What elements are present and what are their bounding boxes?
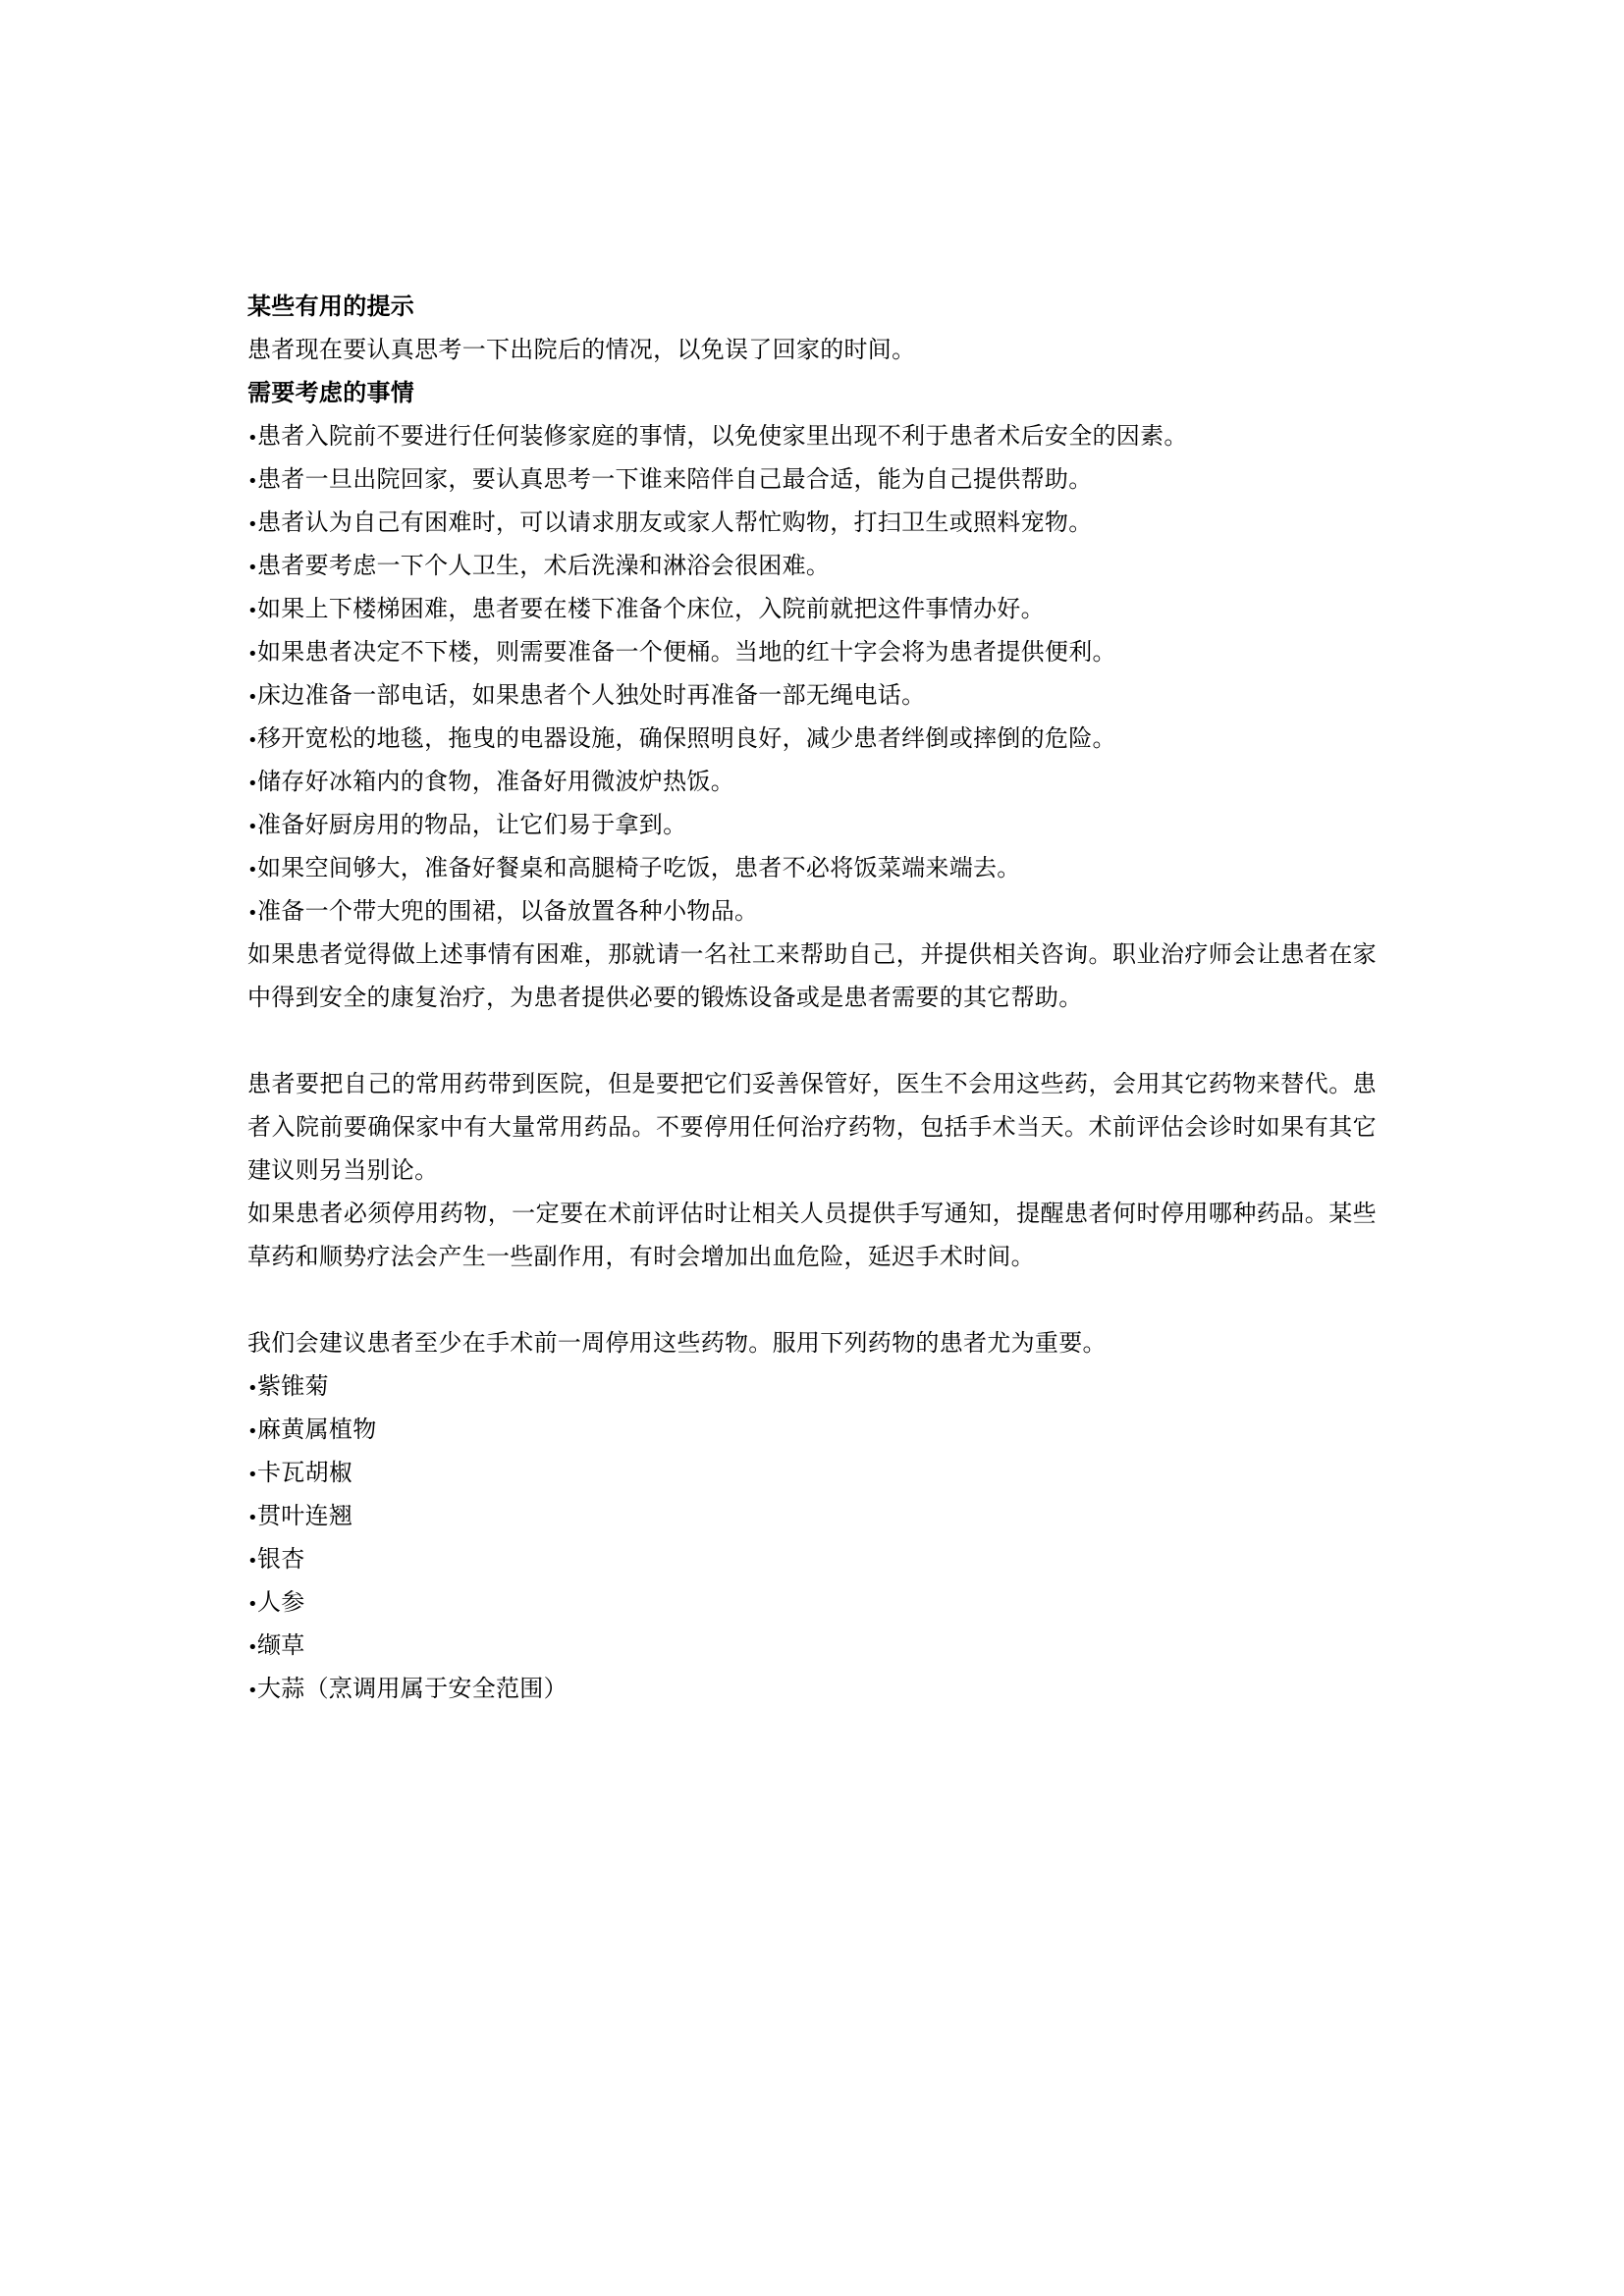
bullet-icon: • xyxy=(247,849,257,892)
list-item: •银杏 xyxy=(247,1537,1377,1580)
bullet-icon: • xyxy=(247,806,257,849)
spacer xyxy=(247,1019,1377,1062)
medication-paragraph-1: 患者要把自己的常用药带到医院，但是要把它们妥善保管好，医生不会用这些药，会用其它… xyxy=(247,1062,1377,1192)
list-item-text: 银杏 xyxy=(257,1537,305,1580)
list-item-text: 移开宽松的地毯，拖曳的电器设施，确保照明良好，减少患者绊倒或摔倒的危险。 xyxy=(257,717,1116,760)
list-item-text: 患者入院前不要进行任何装修家庭的事情，以免使家里出现不利于患者术后安全的因素。 xyxy=(257,414,1188,457)
list-item: •移开宽松的地毯，拖曳的电器设施，确保照明良好，减少患者绊倒或摔倒的危险。 xyxy=(247,717,1377,760)
list-item: •患者一旦出院回家，要认真思考一下谁来陪伴自己最合适，能为自己提供帮助。 xyxy=(247,457,1377,501)
considerations-title: 需要考虑的事情 xyxy=(247,371,1377,414)
herbal-intro: 我们会建议患者至少在手术前一周停用这些药物。服用下列药物的患者尤为重要。 xyxy=(247,1321,1377,1364)
bullet-icon: • xyxy=(247,1583,257,1627)
section-title: 某些有用的提示 xyxy=(247,285,1377,328)
list-item: •贯叶连翘 xyxy=(247,1494,1377,1537)
bullet-icon: • xyxy=(247,633,257,676)
list-item-text: 人参 xyxy=(257,1580,305,1624)
bullet-icon: • xyxy=(247,1411,257,1454)
list-item-text: 患者认为自己有困难时，可以请求朋友或家人帮忙购物，打扫卫生或照料宠物。 xyxy=(257,501,1093,544)
list-item: •大蒜（烹调用属于安全范围） xyxy=(247,1667,1377,1710)
list-item: •如果上下楼梯困难，患者要在楼下准备个床位，入院前就把这件事情办好。 xyxy=(247,587,1377,630)
list-item: •床边准备一部电话，如果患者个人独处时再准备一部无绳电话。 xyxy=(247,673,1377,717)
list-item: •患者要考虑一下个人卫生，术后洗澡和淋浴会很困难。 xyxy=(247,544,1377,587)
list-item-text: 准备一个带大兜的围裙，以备放置各种小物品。 xyxy=(257,889,758,933)
list-item: •麻黄属植物 xyxy=(247,1408,1377,1451)
list-item-text: 患者要考虑一下个人卫生，术后洗澡和淋浴会很困难。 xyxy=(257,544,830,587)
list-item-text: 紫锥菊 xyxy=(257,1364,329,1408)
bullet-icon: • xyxy=(247,1540,257,1583)
bullet-icon: • xyxy=(247,460,257,504)
social-worker-paragraph: 如果患者觉得做上述事情有困难，那就请一名社工来帮助自己，并提供相关咨询。职业治疗… xyxy=(247,933,1377,1019)
list-item-text: 如果患者决定不下楼，则需要准备一个便桶。当地的红十字会将为患者提供便利。 xyxy=(257,630,1116,673)
spacer xyxy=(247,1278,1377,1321)
list-item-text: 床边准备一部电话，如果患者个人独处时再准备一部无绳电话。 xyxy=(257,673,925,717)
list-item: •卡瓦胡椒 xyxy=(247,1451,1377,1494)
bullet-icon: • xyxy=(247,892,257,935)
document-page: 某些有用的提示 患者现在要认真思考一下出院后的情况，以免误了回家的时间。 需要考… xyxy=(247,285,1377,1710)
considerations-list: •患者入院前不要进行任何装修家庭的事情，以免使家里出现不利于患者术后安全的因素。… xyxy=(247,414,1377,933)
bullet-icon: • xyxy=(247,547,257,590)
list-item: •缬草 xyxy=(247,1624,1377,1667)
bullet-icon: • xyxy=(247,763,257,806)
list-item-text: 麻黄属植物 xyxy=(257,1408,377,1451)
list-item: •准备好厨房用的物品，让它们易于拿到。 xyxy=(247,803,1377,846)
herbal-list: •紫锥菊 •麻黄属植物 •卡瓦胡椒 •贯叶连翘 •银杏 •人参 •缬草 •大蒜（… xyxy=(247,1364,1377,1710)
list-item: •如果空间够大，准备好餐桌和高腿椅子吃饭，患者不必将饭菜端来端去。 xyxy=(247,846,1377,889)
list-item: •人参 xyxy=(247,1580,1377,1624)
list-item: •患者认为自己有困难时，可以请求朋友或家人帮忙购物，打扫卫生或照料宠物。 xyxy=(247,501,1377,544)
intro-text: 患者现在要认真思考一下出院后的情况，以免误了回家的时间。 xyxy=(247,328,1377,371)
list-item-text: 缬草 xyxy=(257,1624,305,1667)
bullet-icon: • xyxy=(247,1670,257,1713)
list-item: •准备一个带大兜的围裙，以备放置各种小物品。 xyxy=(247,889,1377,933)
list-item-text: 患者一旦出院回家，要认真思考一下谁来陪伴自己最合适，能为自己提供帮助。 xyxy=(257,457,1093,501)
bullet-icon: • xyxy=(247,1497,257,1540)
bullet-icon: • xyxy=(247,1454,257,1497)
list-item: •如果患者决定不下楼，则需要准备一个便桶。当地的红十字会将为患者提供便利。 xyxy=(247,630,1377,673)
list-item-text: 大蒜（烹调用属于安全范围） xyxy=(257,1667,568,1710)
list-item-text: 如果空间够大，准备好餐桌和高腿椅子吃饭，患者不必将饭菜端来端去。 xyxy=(257,846,1021,889)
bullet-icon: • xyxy=(247,1367,257,1411)
bullet-icon: • xyxy=(247,590,257,633)
bullet-icon: • xyxy=(247,676,257,720)
list-item: •患者入院前不要进行任何装修家庭的事情，以免使家里出现不利于患者术后安全的因素。 xyxy=(247,414,1377,457)
list-item-text: 储存好冰箱内的食物，准备好用微波炉热饭。 xyxy=(257,760,734,803)
list-item-text: 如果上下楼梯困难，患者要在楼下准备个床位，入院前就把这件事情办好。 xyxy=(257,587,1045,630)
bullet-icon: • xyxy=(247,1627,257,1670)
list-item-text: 卡瓦胡椒 xyxy=(257,1451,352,1494)
list-item-text: 贯叶连翘 xyxy=(257,1494,352,1537)
list-item: •紫锥菊 xyxy=(247,1364,1377,1408)
list-item-text: 准备好厨房用的物品，让它们易于拿到。 xyxy=(257,803,686,846)
bullet-icon: • xyxy=(247,720,257,763)
bullet-icon: • xyxy=(247,504,257,547)
list-item: •储存好冰箱内的食物，准备好用微波炉热饭。 xyxy=(247,760,1377,803)
bullet-icon: • xyxy=(247,417,257,460)
medication-paragraph-2: 如果患者必须停用药物，一定要在术前评估时让相关人员提供手写通知，提醒患者何时停用… xyxy=(247,1192,1377,1278)
